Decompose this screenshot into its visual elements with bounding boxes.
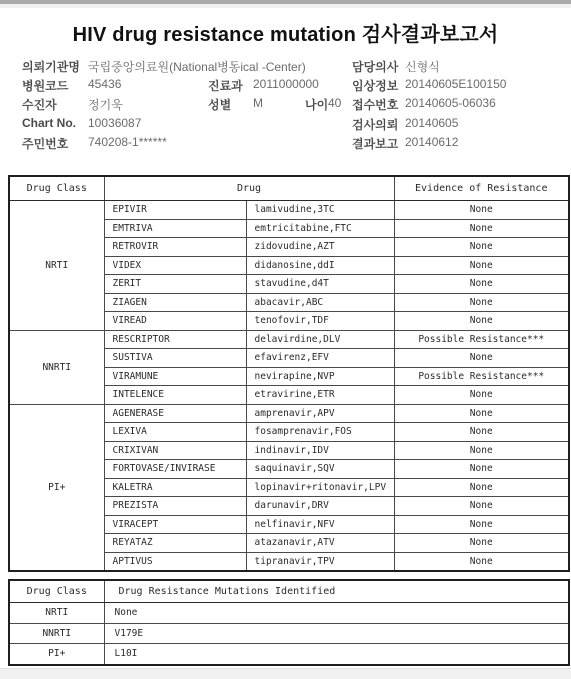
mutation-drug-class-cell: PI+	[9, 644, 104, 665]
drug-brand-cell: ZIAGEN	[104, 293, 246, 312]
age-label: 나이	[305, 96, 328, 113]
drug-brand-cell: RETROVIR	[104, 238, 246, 257]
receipt-number-label: 접수번호	[352, 96, 398, 113]
mutation-drug-class-cell: NRTI	[9, 603, 104, 624]
drug-generic-cell: atazanavir,ATV	[246, 534, 394, 553]
evidence-cell: None	[394, 386, 569, 405]
evidence-cell: None	[394, 201, 569, 220]
evidence-cell: None	[394, 423, 569, 442]
evidence-cell: None	[394, 275, 569, 294]
result-reported-value: 20140612	[405, 135, 458, 149]
drug-generic-cell: saquinavir,SQV	[246, 460, 394, 479]
mutation-value-cell: V179E	[104, 623, 569, 644]
mutation-drug-class-cell: NNRTI	[9, 623, 104, 644]
drug-brand-cell: EPIVIR	[104, 201, 246, 220]
mutations-col-header-drug-class: Drug Class	[9, 580, 104, 603]
patient-name-value: 정기욱	[88, 96, 123, 113]
hospital-code-label: 병원코드	[22, 77, 68, 94]
evidence-cell: None	[394, 293, 569, 312]
drug-generic-cell: etravirine,ETR	[246, 386, 394, 405]
col-header-drug: Drug	[104, 176, 394, 201]
test-requested-label: 검사의뢰	[352, 116, 398, 133]
receipt-number-value: 20140605-06036	[405, 96, 496, 110]
report-page: HIV drug resistance mutation 검사결과보고서 의뢰기…	[0, 0, 571, 679]
sex-value: M	[253, 96, 263, 110]
chart-number-label: Chart No.	[22, 116, 76, 130]
bottom-gray-bar	[0, 668, 571, 679]
drug-brand-cell: FORTOVASE/INVIRASE	[104, 460, 246, 479]
hospital-code-value: 45436	[88, 77, 121, 91]
drug-generic-cell: delavirdine,DLV	[246, 330, 394, 349]
evidence-cell: None	[394, 404, 569, 423]
patient-name-label: 수진자	[22, 96, 57, 113]
attending-doctor-value: 신형식	[405, 58, 440, 75]
drug-brand-cell: ZERIT	[104, 275, 246, 294]
drug-generic-cell: fosamprenavir,FOS	[246, 423, 394, 442]
clinical-info-label: 임상정보	[352, 77, 398, 94]
drug-class-cell: PI+	[9, 404, 104, 571]
mutation-value-cell: None	[104, 603, 569, 624]
drug-brand-cell: VIRAMUNE	[104, 367, 246, 386]
resistance-table: Drug Class Drug Evidence of Resistance N…	[8, 175, 570, 572]
col-header-evidence: Evidence of Resistance	[394, 176, 569, 201]
resident-id-label: 주민번호	[22, 135, 68, 152]
evidence-cell: None	[394, 256, 569, 275]
mutation-value-cell: L10I	[104, 644, 569, 665]
department-label: 진료과	[208, 77, 243, 94]
evidence-cell: None	[394, 349, 569, 368]
age-value: 40	[328, 96, 341, 110]
evidence-cell: Possible Resistance***	[394, 367, 569, 386]
drug-generic-cell: darunavir,DRV	[246, 497, 394, 516]
evidence-cell: None	[394, 552, 569, 571]
evidence-cell: None	[394, 441, 569, 460]
mutations-col-header-mutations: Drug Resistance Mutations Identified	[104, 580, 569, 603]
drug-class-cell: NRTI	[9, 201, 104, 331]
drug-generic-cell: indinavir,IDV	[246, 441, 394, 460]
col-header-drug-class: Drug Class	[9, 176, 104, 201]
drug-generic-cell: tenofovir,TDF	[246, 312, 394, 331]
drug-generic-cell: amprenavir,APV	[246, 404, 394, 423]
drug-brand-cell: KALETRA	[104, 478, 246, 497]
requesting-institution-value: 국립중앙의료원(National병동ical -Center)	[88, 58, 306, 75]
evidence-cell: None	[394, 534, 569, 553]
drug-generic-cell: efavirenz,EFV	[246, 349, 394, 368]
drug-brand-cell: SUSTIVA	[104, 349, 246, 368]
table-row: NRTI None	[9, 603, 569, 624]
drug-brand-cell: LEXIVA	[104, 423, 246, 442]
evidence-cell: None	[394, 497, 569, 516]
mutations-table: Drug Class Drug Resistance Mutations Ide…	[8, 579, 570, 666]
drug-generic-cell: didanosine,ddI	[246, 256, 394, 275]
drug-generic-cell: abacavir,ABC	[246, 293, 394, 312]
table-row: PI+ AGENERASE amprenavir,APV None	[9, 404, 569, 423]
drug-brand-cell: AGENERASE	[104, 404, 246, 423]
drug-generic-cell: zidovudine,AZT	[246, 238, 394, 257]
department-value: 2011000000	[253, 77, 319, 91]
requesting-institution-label: 의뢰기관명	[22, 58, 80, 75]
table-row: NNRTI V179E	[9, 623, 569, 644]
drug-generic-cell: lamivudine,3TC	[246, 201, 394, 220]
mutations-table-header-row: Drug Class Drug Resistance Mutations Ide…	[9, 580, 569, 603]
drug-generic-cell: tipranavir,TPV	[246, 552, 394, 571]
evidence-cell: None	[394, 312, 569, 331]
drug-brand-cell: RESCRIPTOR	[104, 330, 246, 349]
table-row: PI+ L10I	[9, 644, 569, 665]
evidence-cell: None	[394, 460, 569, 479]
table-row: NRTI EPIVIR lamivudine,3TC None	[9, 201, 569, 220]
result-reported-label: 결과보고	[352, 135, 398, 152]
drug-brand-cell: APTIVUS	[104, 552, 246, 571]
attending-doctor-label: 담당의사	[352, 58, 398, 75]
drug-generic-cell: lopinavir+ritonavir,LPV	[246, 478, 394, 497]
drug-generic-cell: emtricitabine,FTC	[246, 219, 394, 238]
evidence-cell: None	[394, 219, 569, 238]
drug-brand-cell: CRIXIVAN	[104, 441, 246, 460]
chart-number-value: 10036087	[88, 116, 141, 130]
drug-brand-cell: EMTRIVA	[104, 219, 246, 238]
clinical-info-value: 20140605E100150	[405, 77, 506, 91]
resident-id-value: 740208-1******	[88, 135, 167, 149]
drug-brand-cell: VIDEX	[104, 256, 246, 275]
test-requested-value: 20140605	[405, 116, 458, 130]
drug-class-cell: NNRTI	[9, 330, 104, 404]
sex-label: 성별	[208, 96, 231, 113]
drug-brand-cell: REYATAZ	[104, 534, 246, 553]
drug-generic-cell: nelfinavir,NFV	[246, 515, 394, 534]
drug-brand-cell: PREZISTA	[104, 497, 246, 516]
evidence-cell: None	[394, 515, 569, 534]
patient-info-block: 의뢰기관명 국립중앙의료원(National병동ical -Center) 담당…	[0, 0, 571, 160]
evidence-cell: Possible Resistance***	[394, 330, 569, 349]
drug-generic-cell: stavudine,d4T	[246, 275, 394, 294]
drug-brand-cell: INTELENCE	[104, 386, 246, 405]
resistance-table-header-row: Drug Class Drug Evidence of Resistance	[9, 176, 569, 201]
drug-brand-cell: VIREAD	[104, 312, 246, 331]
drug-generic-cell: nevirapine,NVP	[246, 367, 394, 386]
drug-brand-cell: VIRACEPT	[104, 515, 246, 534]
evidence-cell: None	[394, 478, 569, 497]
table-row: NNRTI RESCRIPTOR delavirdine,DLV Possibl…	[9, 330, 569, 349]
evidence-cell: None	[394, 238, 569, 257]
